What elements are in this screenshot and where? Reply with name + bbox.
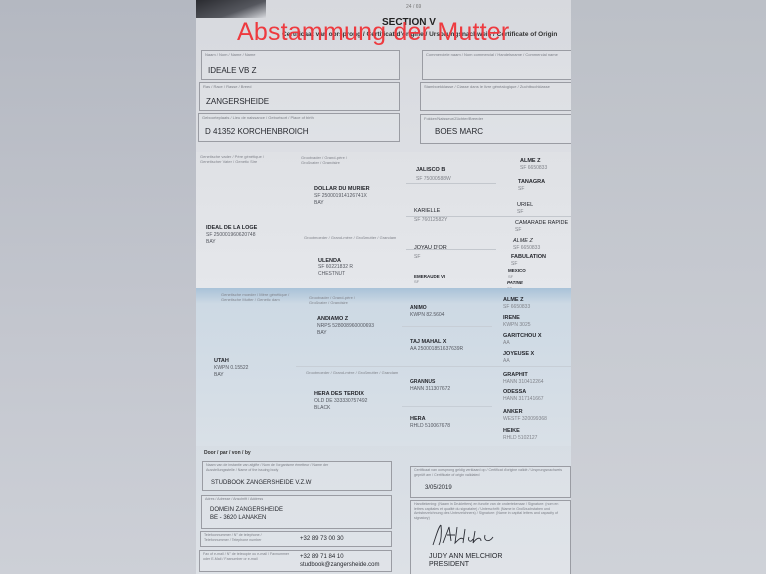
- sire-reg: SF 250001960620748: [206, 231, 257, 239]
- sire-sire-dam-entry: KARIELLE SF 76012582Y: [414, 208, 447, 223]
- breed-field: Ras / Race / Rasse / Breed ZANGERSHEIDE: [199, 82, 400, 111]
- great-grandparent-entry: ALME ZSF 6650833: [520, 158, 547, 171]
- birthplace-label: Geboorteplaats / Lieu de naissance / Geb…: [202, 115, 314, 120]
- great-grandparent-entry: IRENEKWPN 3025: [503, 315, 531, 328]
- dam-sire-sire-entry: ANIMO KWPN 82.5604: [410, 305, 444, 319]
- breeder-value: BOES MARC: [435, 127, 483, 136]
- name-field: Naam / Nom / Name / Name IDEALE VB Z: [201, 50, 400, 80]
- sire-dam-color: CHESTNUT: [318, 271, 353, 277]
- phone-label: Telefoonnummer / N° de telephone / Telef…: [204, 533, 284, 542]
- background-left: [0, 0, 196, 574]
- dam-color: BAY: [214, 372, 248, 378]
- page-number: 24 / 69: [406, 4, 421, 10]
- great-grandparent-name: PATINE: [507, 280, 523, 285]
- great-grandparent-reg: WESTF 320099368: [503, 416, 547, 422]
- great-grandparent-reg: KWPN 3025: [503, 322, 531, 328]
- sire-pedigree-section: Genetische vader / Père génétique / Gene…: [196, 152, 571, 288]
- commercial-name-field: Commerciele naam / Nom commercial / Hand…: [422, 50, 571, 80]
- validation-field: Certificaat van oorsprong geldig verklaa…: [410, 466, 571, 498]
- sire-label: Genetische vader / Père génétique / Gene…: [200, 154, 280, 164]
- dam-pedigree-section: Genetische moeder / Mère génétique / Gen…: [196, 288, 571, 446]
- ddd-reg: RHLD 510067678: [410, 422, 450, 430]
- great-grandparent-reg: SF 6650833: [503, 304, 530, 310]
- granddam-label: Grootmoeder / Grand-mère / Großmutter / …: [306, 370, 398, 375]
- great-grandparent-entry: TANAGRASF: [518, 179, 545, 192]
- horse-name: IDEALE VB Z: [208, 66, 256, 75]
- dam-sire-color: BAY: [317, 330, 374, 336]
- great-grandparent-entry: FABULATIONSF: [511, 254, 546, 267]
- great-grandparent-name: GARITCHOU X: [503, 333, 542, 339]
- great-grandparent-name: ALME Z: [503, 297, 530, 303]
- dam-dam-reg: OLD DE 333330757492: [314, 397, 367, 405]
- commercial-name-label: Commerciele naam / Nom commercial / Hand…: [426, 52, 558, 57]
- great-grandparent-name: GRAPHIT: [503, 372, 544, 378]
- ggd-reg: SF 76012582Y: [414, 217, 447, 223]
- phone-field: Telefoonnummer / N° de telephone / Telef…: [200, 531, 392, 547]
- dam-sire-entry: ANDIAMO Z NRPS 528008960000693 BAY: [317, 316, 374, 336]
- breed-label: Ras / Race / Rasse / Breed: [203, 84, 251, 89]
- background-right: [571, 0, 766, 574]
- grandsire-label: Grootvader / Grand-père / Großvater / Gr…: [301, 155, 361, 165]
- sire-color: BAY: [206, 239, 257, 245]
- dam-dam-entry: HERA DES TERDIX OLD DE 333330757492 BLAC…: [314, 391, 367, 411]
- great-grandparent-name: CAMARADE RAPIDE: [515, 220, 568, 226]
- great-grandparent-entry: ANKERWESTF 320099368: [503, 409, 547, 422]
- validation-date: 3/05/2019: [425, 485, 452, 491]
- dam-label: Genetische moeder / Mère génétique / Gen…: [221, 292, 301, 302]
- great-grandparent-reg: SF: [515, 227, 568, 233]
- email-value: studbook@zangersheide.com: [300, 562, 379, 568]
- gds-name: JOYAU D'OR: [414, 245, 447, 251]
- signature-label: Handtekening: (Naam in Drukletters) en f…: [414, 502, 564, 520]
- great-grandparent-reg: HANN 310412264: [503, 379, 544, 385]
- address-label: Adres / Adresse / Anschrift / Address: [205, 497, 263, 501]
- studbook-class-field: Stamboekklasse / Classe dans le livre gé…: [420, 82, 571, 111]
- overlay-title: Abstammung der Mutter: [237, 18, 509, 47]
- dsd-reg: AA 250001851637639R: [410, 345, 463, 353]
- phone-value: +32 89 73 00 30: [300, 536, 344, 542]
- address-field: Adres / Adresse / Anschrift / Address DO…: [201, 495, 392, 529]
- signature-field: Handtekening: (Naam in Drukletters) en f…: [410, 500, 571, 574]
- dam-sire-dam-entry: TAJ MAHAL X AA 250001851637639R: [410, 339, 463, 353]
- breeder-field: Fokker/Naisseur/Züchter/Breeder BOES MAR…: [420, 114, 571, 144]
- great-grandparent-reg: SF: [508, 274, 526, 279]
- sire-dam-dam-entry: EMERAUDE VI SF: [414, 274, 445, 284]
- sire-sire-color: BAY: [314, 200, 370, 206]
- great-grandparent-name: FABULATION: [511, 254, 546, 260]
- photo-shadow: [196, 0, 266, 18]
- great-grandparent-name: ODESSA: [503, 389, 544, 395]
- birthplace-field: Geboorteplaats / Lieu de naissance / Geb…: [198, 113, 400, 142]
- birthplace-value: D 41352 KORCHENBROICH: [205, 127, 309, 136]
- great-grandparent-entry: JOYEUSE XAA: [503, 351, 534, 364]
- great-grandparent-entry: HEIKERHLD 5102127: [503, 428, 537, 441]
- great-grandparent-name: IRENE: [503, 315, 531, 321]
- gds-reg: SF: [414, 254, 447, 260]
- breeder-label: Fokker/Naisseur/Züchter/Breeder: [424, 116, 483, 121]
- great-grandparent-entry: CAMARADE RAPIDESF: [515, 220, 568, 233]
- name-label: Naam / Nom / Name / Name: [205, 52, 255, 57]
- great-grandparent-name: URIEL: [517, 202, 533, 208]
- dam-dam-sire-entry: GRANNUS HANN 311307672: [410, 379, 450, 393]
- great-grandparent-name: JOYEUSE X: [503, 351, 534, 357]
- great-grandparent-reg: SF: [517, 209, 533, 215]
- issued-by-heading: Door / par / von / by: [204, 450, 251, 456]
- signatory-name: JUDY ANN MELCHIOR: [429, 553, 502, 560]
- sire-entry: IDEAL DE LA LOGE SF 250001960620748 BAY: [206, 225, 257, 245]
- gdd-reg: SF: [414, 279, 445, 284]
- studbook-class-label: Stamboekklasse / Classe dans le livre gé…: [424, 84, 550, 89]
- dam-dam-dam-entry: HERA RHLD 510067678: [410, 416, 450, 430]
- dds-reg: HANN 311307672: [410, 385, 450, 393]
- great-grandparent-entry: ALME ZSF 6650833: [513, 238, 540, 251]
- divider: [402, 406, 492, 407]
- great-grandparent-reg: AA: [503, 358, 534, 364]
- great-grandparent-name: MEXICO: [508, 268, 526, 273]
- divider: [296, 366, 571, 367]
- great-grandparent-name: TANAGRA: [518, 179, 545, 185]
- great-grandparent-reg: RHLD 5102127: [503, 435, 537, 441]
- great-grandparent-reg: HANN 317141667: [503, 396, 544, 402]
- address-line2: BE - 3620 LANAKEN: [210, 515, 266, 521]
- great-grandparent-name: ALME Z: [520, 158, 547, 164]
- issuing-body-value: STUDBOOK ZANGERSHEIDE V.Z.W: [211, 480, 311, 486]
- great-grandparent-entry: ODESSAHANN 317141667: [503, 389, 544, 402]
- sire-sire-entry: DOLLAR DU MURIER SF 250001914126741X BAY: [314, 186, 370, 206]
- great-grandparent-entry: ALME ZSF 6650833: [503, 297, 530, 310]
- signature-icon: [429, 523, 499, 547]
- ggs-reg: SF 75000588W: [416, 176, 451, 182]
- great-grandparent-name: ANKER: [503, 409, 547, 415]
- great-grandparent-reg: SF: [518, 186, 545, 192]
- dam-entry: UTAH KWPN 0.15522 BAY: [214, 358, 248, 378]
- issuing-body-label: Naam van de instantie van afgifte / Nom …: [206, 463, 356, 472]
- signatory-title: PRESIDENT: [429, 561, 469, 568]
- great-grandparent-reg: AA: [503, 340, 542, 346]
- great-grandparent-name: HEIKE: [503, 428, 537, 434]
- dss-reg: KWPN 82.5604: [410, 311, 444, 319]
- sire-dam-sire-entry: JOYAU D'OR SF: [414, 245, 447, 260]
- ggd-name: KARIELLE: [414, 208, 447, 214]
- great-grandparent-reg: SF: [511, 261, 546, 267]
- great-grandparent-entry: GARITCHOU XAA: [503, 333, 542, 346]
- dam-dam-color: BLACK: [314, 405, 367, 411]
- divider: [402, 326, 492, 327]
- fax-value: +32 89 71 84 10: [300, 554, 344, 560]
- sire-dam-entry: ULENDA SF 60221832 R CHESTNUT: [318, 258, 353, 277]
- validation-label: Certificaat van oorsprong geldig verklaa…: [414, 468, 564, 477]
- sire-dam-reg: SF 60221832 R: [318, 264, 353, 271]
- great-grandparent-entry: URIELSF: [517, 202, 533, 215]
- divider: [406, 183, 496, 184]
- dam-reg: KWPN 0.15522: [214, 364, 248, 372]
- issuing-body-field: Naam van de instantie van afgifte / Nom …: [202, 461, 392, 491]
- sire-sire-reg: SF 250001914126741X: [314, 192, 370, 200]
- breed-value: ZANGERSHEIDE: [206, 97, 269, 106]
- address-line1: DOMEIN ZANGERSHEIDE: [210, 507, 283, 513]
- dam-sire-reg: NRPS 528008960000693: [317, 322, 374, 330]
- fax-email-field: Fax of e-mail / N° de telecopie ou e-mai…: [199, 550, 392, 572]
- fax-label: Fax of e-mail / N° de telecopie ou e-mai…: [203, 552, 293, 561]
- grandsire-label: Grootvader / Grand-père / Großvater / Gr…: [309, 295, 364, 305]
- certificate-page: 24 / 69 SECTION V Certificaat van oorspr…: [196, 0, 571, 574]
- great-grandparent-reg: SF 6650833: [520, 165, 547, 171]
- great-grandparent-entry: MEXICOSF: [508, 268, 526, 279]
- great-grandparent-name: ALME Z: [513, 238, 540, 244]
- granddam-label: Grootmoeder / Grand-mère / Großmutter / …: [304, 235, 396, 240]
- ggs-name: JALISCO B: [416, 167, 451, 173]
- great-grandparent-reg: SF 6650833: [513, 245, 540, 251]
- sire-sire-sire-entry: JALISCO B SF 75000588W: [416, 167, 451, 182]
- great-grandparent-entry: GRAPHITHANN 310412264: [503, 372, 544, 385]
